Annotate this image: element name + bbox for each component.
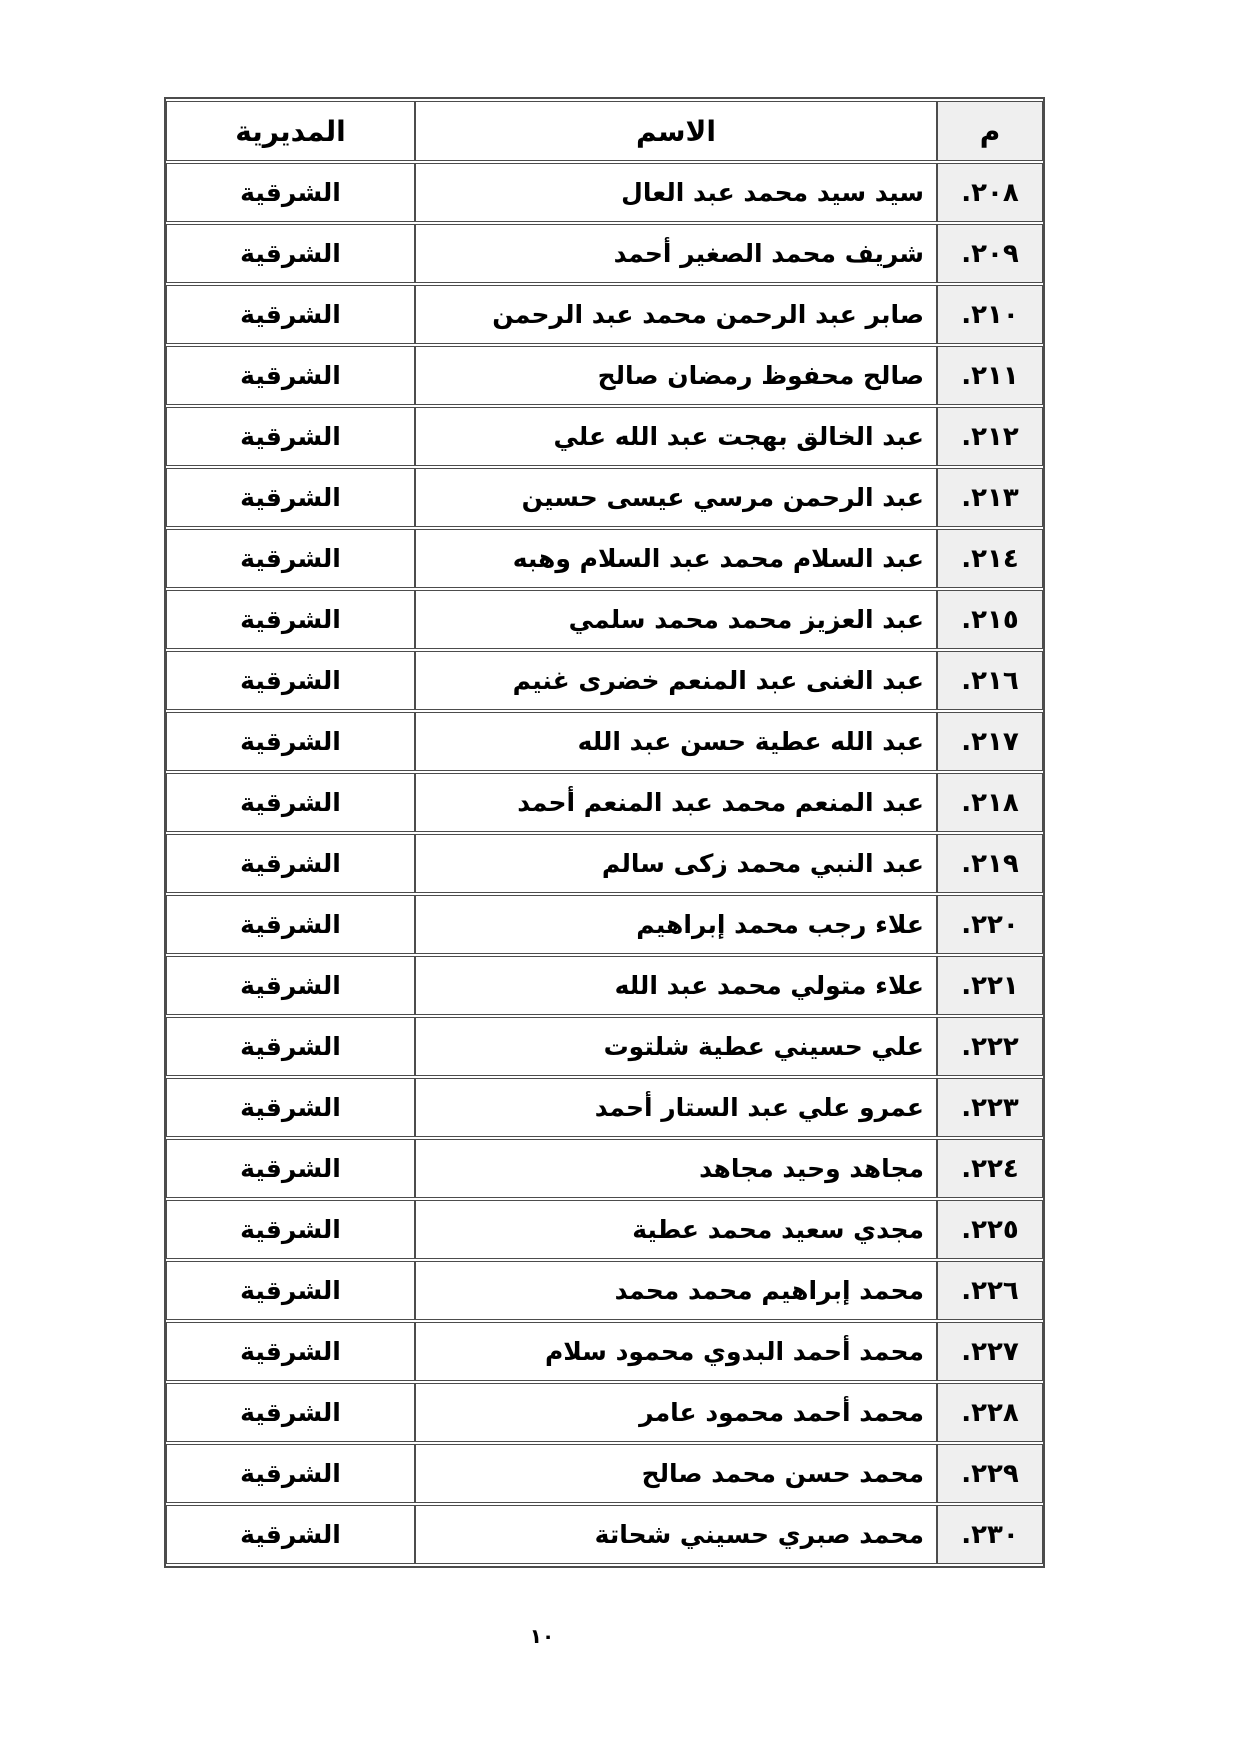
table-row: ٢٢٤.مجاهد وحيد مجاهدالشرقية <box>166 1139 1043 1198</box>
cell-name: عبد الخالق بهجت عبد الله علي <box>415 407 937 466</box>
cell-serial: ٢١٥. <box>937 590 1043 649</box>
cell-directorate: الشرقية <box>166 651 415 710</box>
cell-serial: ٢٠٨. <box>937 163 1043 222</box>
cell-directorate: الشرقية <box>166 956 415 1015</box>
cell-name: عبد المنعم محمد عبد المنعم أحمد <box>415 773 937 832</box>
cell-serial: ٢٢٤. <box>937 1139 1043 1198</box>
cell-name: عبد العزيز محمد محمد سلمي <box>415 590 937 649</box>
table-row: ٢٢٧.محمد أحمد البدوي محمود سلامالشرقية <box>166 1322 1043 1381</box>
cell-name: مجدي سعيد محمد عطية <box>415 1200 937 1259</box>
cell-serial: ٢١٢. <box>937 407 1043 466</box>
cell-serial: ٢٢٥. <box>937 1200 1043 1259</box>
cell-name: علاء رجب محمد إبراهيم <box>415 895 937 954</box>
cell-serial: ٢٢١. <box>937 956 1043 1015</box>
page-number: ١٠ <box>502 1624 582 1648</box>
cell-name: شريف محمد الصغير أحمد <box>415 224 937 283</box>
table-row: ٢١٤.عبد السلام محمد عبد السلام وهبهالشرق… <box>166 529 1043 588</box>
header-name: الاسم <box>415 101 937 161</box>
cell-directorate: الشرقية <box>166 224 415 283</box>
header-serial: م <box>937 101 1043 161</box>
cell-directorate: الشرقية <box>166 1383 415 1442</box>
cell-directorate: الشرقية <box>166 407 415 466</box>
cell-serial: ٢١٤. <box>937 529 1043 588</box>
cell-name: عبد الغنى عبد المنعم خضرى غنيم <box>415 651 937 710</box>
cell-serial: ٢١٦. <box>937 651 1043 710</box>
cell-serial: ٢٣٠. <box>937 1505 1043 1564</box>
cell-directorate: الشرقية <box>166 1322 415 1381</box>
cell-directorate: الشرقية <box>166 1505 415 1564</box>
cell-serial: ٢١٠. <box>937 285 1043 344</box>
cell-directorate: الشرقية <box>166 468 415 527</box>
cell-directorate: الشرقية <box>166 1017 415 1076</box>
cell-name: عبد الله عطية حسن عبد الله <box>415 712 937 771</box>
cell-name: علاء متولي محمد عبد الله <box>415 956 937 1015</box>
table-row: ٢١٥.عبد العزيز محمد محمد سلميالشرقية <box>166 590 1043 649</box>
cell-serial: ٢١٩. <box>937 834 1043 893</box>
cell-directorate: الشرقية <box>166 1261 415 1320</box>
cell-directorate: الشرقية <box>166 834 415 893</box>
cell-serial: ٢٢٩. <box>937 1444 1043 1503</box>
roster-table: م الاسم المديرية ٢٠٨.سيد سيد محمد عبد ال… <box>164 97 1045 1568</box>
cell-serial: ٢٢٠. <box>937 895 1043 954</box>
cell-directorate: الشرقية <box>166 285 415 344</box>
cell-name: محمد حسن محمد صالح <box>415 1444 937 1503</box>
table-row: ٢٠٨.سيد سيد محمد عبد العالالشرقية <box>166 163 1043 222</box>
cell-serial: ٢٢٨. <box>937 1383 1043 1442</box>
table-row: ٢٢٦.محمد إبراهيم محمد محمدالشرقية <box>166 1261 1043 1320</box>
cell-directorate: الشرقية <box>166 773 415 832</box>
table-row: ٢١٧.عبد الله عطية حسن عبد اللهالشرقية <box>166 712 1043 771</box>
table-row: ٢١٦.عبد الغنى عبد المنعم خضرى غنيمالشرقي… <box>166 651 1043 710</box>
table-row: ٢١٨.عبد المنعم محمد عبد المنعم أحمدالشرق… <box>166 773 1043 832</box>
table-row: ٢٢٣.عمرو علي عبد الستار أحمدالشرقية <box>166 1078 1043 1137</box>
cell-serial: ٢٠٩. <box>937 224 1043 283</box>
cell-name: صابر عبد الرحمن محمد عبد الرحمن <box>415 285 937 344</box>
table-row: ٢٠٩.شريف محمد الصغير أحمدالشرقية <box>166 224 1043 283</box>
cell-name: سيد سيد محمد عبد العال <box>415 163 937 222</box>
cell-name: عبد السلام محمد عبد السلام وهبه <box>415 529 937 588</box>
table-row: ٢١٢.عبد الخالق بهجت عبد الله عليالشرقية <box>166 407 1043 466</box>
cell-directorate: الشرقية <box>166 1139 415 1198</box>
cell-name: محمد صبري حسيني شحاتة <box>415 1505 937 1564</box>
table-row: ٢٢٥.مجدي سعيد محمد عطيةالشرقية <box>166 1200 1043 1259</box>
table-row: ٢٢٨.محمد أحمد محمود عامرالشرقية <box>166 1383 1043 1442</box>
cell-directorate: الشرقية <box>166 1444 415 1503</box>
cell-directorate: الشرقية <box>166 163 415 222</box>
roster-table-body: ٢٠٨.سيد سيد محمد عبد العالالشرقية٢٠٩.شري… <box>166 163 1043 1564</box>
cell-serial: ٢١٨. <box>937 773 1043 832</box>
table-row: ٢١٣.عبد الرحمن مرسي عيسى حسينالشرقية <box>166 468 1043 527</box>
table-row: ٢٣٠.محمد صبري حسيني شحاتةالشرقية <box>166 1505 1043 1564</box>
cell-name: عمرو علي عبد الستار أحمد <box>415 1078 937 1137</box>
cell-name: عبد الرحمن مرسي عيسى حسين <box>415 468 937 527</box>
cell-directorate: الشرقية <box>166 1200 415 1259</box>
table-row: ٢٢٩.محمد حسن محمد صالحالشرقية <box>166 1444 1043 1503</box>
cell-directorate: الشرقية <box>166 895 415 954</box>
cell-serial: ٢١٧. <box>937 712 1043 771</box>
cell-directorate: الشرقية <box>166 712 415 771</box>
cell-directorate: الشرقية <box>166 1078 415 1137</box>
cell-directorate: الشرقية <box>166 590 415 649</box>
table-row: ٢٢٠.علاء رجب محمد إبراهيمالشرقية <box>166 895 1043 954</box>
table-row: ٢١٠.صابر عبد الرحمن محمد عبد الرحمنالشرق… <box>166 285 1043 344</box>
cell-serial: ٢٢٦. <box>937 1261 1043 1320</box>
roster-table-header: م الاسم المديرية <box>166 101 1043 161</box>
cell-serial: ٢٢٣. <box>937 1078 1043 1137</box>
cell-name: صالح محفوظ رمضان صالح <box>415 346 937 405</box>
cell-name: محمد أحمد البدوي محمود سلام <box>415 1322 937 1381</box>
table-row: ٢٢٢.علي حسيني عطية شلتوتالشرقية <box>166 1017 1043 1076</box>
header-row: م الاسم المديرية <box>166 101 1043 161</box>
cell-serial: ٢٢٢. <box>937 1017 1043 1076</box>
cell-directorate: الشرقية <box>166 346 415 405</box>
cell-name: مجاهد وحيد مجاهد <box>415 1139 937 1198</box>
table-row: ٢١١.صالح محفوظ رمضان صالحالشرقية <box>166 346 1043 405</box>
cell-directorate: الشرقية <box>166 529 415 588</box>
cell-name: محمد أحمد محمود عامر <box>415 1383 937 1442</box>
table-row: ٢٢١.علاء متولي محمد عبد اللهالشرقية <box>166 956 1043 1015</box>
cell-serial: ٢٢٧. <box>937 1322 1043 1381</box>
cell-serial: ٢١١. <box>937 346 1043 405</box>
cell-serial: ٢١٣. <box>937 468 1043 527</box>
cell-name: محمد إبراهيم محمد محمد <box>415 1261 937 1320</box>
table-row: ٢١٩.عبد النبي محمد زكى سالمالشرقية <box>166 834 1043 893</box>
cell-name: علي حسيني عطية شلتوت <box>415 1017 937 1076</box>
header-directorate: المديرية <box>166 101 415 161</box>
cell-name: عبد النبي محمد زكى سالم <box>415 834 937 893</box>
